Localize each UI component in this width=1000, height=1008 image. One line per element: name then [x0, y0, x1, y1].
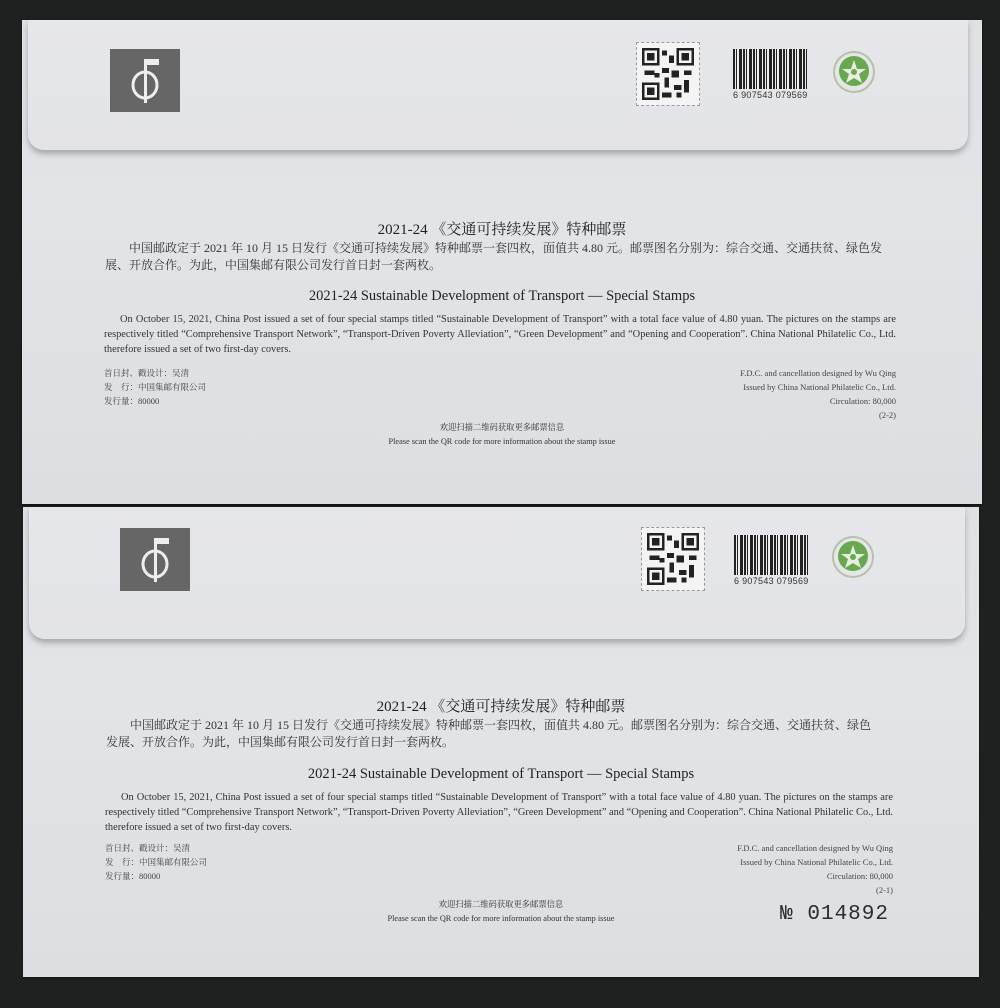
credit-line: F.D.C. and cancellation designed by Wu Q… [740, 366, 896, 380]
credit-line: 发 行：中国集邮有限公司 [105, 855, 207, 869]
scan-qr-notice: 欢迎扫描二维码获取更多邮票信息 Please scan the QR code … [22, 421, 982, 449]
green-star-seal-icon [831, 535, 875, 579]
english-title: 2021-24 Sustainable Development of Trans… [23, 766, 979, 783]
china-post-philatelic-logo-icon [110, 49, 180, 112]
credits-english: F.D.C. and cancellation designed by Wu Q… [737, 841, 893, 897]
credit-line: Issued by China National Philatelic Co.,… [740, 380, 896, 394]
scan-notice-chinese: 欢迎扫描二维码获取更多邮票信息 [22, 421, 982, 435]
qr-code-icon [641, 527, 705, 591]
credit-line: Circulation: 80,000 [737, 869, 893, 883]
qr-code-icon [636, 42, 700, 106]
english-description: On October 15, 2021, China Post issued a… [104, 312, 896, 357]
barcode-number: 6 907543 079569 [733, 90, 811, 100]
china-post-philatelic-logo-icon [120, 528, 190, 591]
barcode: 6 907543 079569 [734, 535, 812, 590]
credit-line: F.D.C. and cancellation designed by Wu Q… [737, 841, 893, 855]
cover-number: (2-2) [740, 408, 896, 422]
cover-number: (2-1) [737, 883, 893, 897]
chinese-description: 中国邮政定于 2021 年 10 月 15 日发行《交通可持续发展》特种邮票一套… [105, 240, 882, 274]
chinese-title: 2021-24 《交通可持续发展》特种邮票 [22, 218, 982, 239]
scan-notice-english: Please scan the QR code for more informa… [22, 435, 982, 449]
credit-line: Circulation: 80,000 [740, 394, 896, 408]
envelope-flap: 6 907543 079569 [29, 507, 965, 639]
envelope-flap: 6 907543 079569 [28, 20, 968, 150]
credit-line: 发行量：80000 [104, 394, 206, 408]
credit-line: 首日封、戳设计：吴清 [104, 366, 206, 380]
credit-line: 发 行：中国集邮有限公司 [104, 380, 206, 394]
english-title: 2021-24 Sustainable Development of Trans… [22, 288, 982, 305]
english-description: On October 15, 2021, China Post issued a… [105, 790, 893, 835]
credit-line: 首日封、戳设计：吴清 [105, 841, 207, 855]
barcode: 6 907543 079569 [733, 49, 811, 104]
credit-line: Issued by China National Philatelic Co.,… [737, 855, 893, 869]
first-day-cover-2-2: 6 907543 079569 2021-24 《交通可持续发展》特种邮票 中国… [22, 20, 982, 504]
barcode-number: 6 907543 079569 [734, 576, 812, 586]
credits-english: F.D.C. and cancellation designed by Wu Q… [740, 366, 896, 422]
barcode-icon [734, 535, 808, 575]
credits-chinese: 首日封、戳设计：吴清 发 行：中国集邮有限公司 发行量：80000 [105, 841, 207, 883]
serial-number: № 014892 [780, 903, 889, 926]
green-star-seal-icon [832, 50, 876, 94]
first-day-cover-2-1: 6 907543 079569 2021-24 《交通可持续发展》特种邮票 中国… [23, 507, 979, 977]
credit-line: 发行量：80000 [105, 869, 207, 883]
barcode-icon [733, 49, 807, 89]
chinese-title: 2021-24 《交通可持续发展》特种邮票 [23, 695, 979, 716]
chinese-description: 中国邮政定于 2021 年 10 月 15 日发行《交通可持续发展》特种邮票一套… [106, 717, 879, 751]
credits-chinese: 首日封、戳设计：吴清 发 行：中国集邮有限公司 发行量：80000 [104, 366, 206, 408]
